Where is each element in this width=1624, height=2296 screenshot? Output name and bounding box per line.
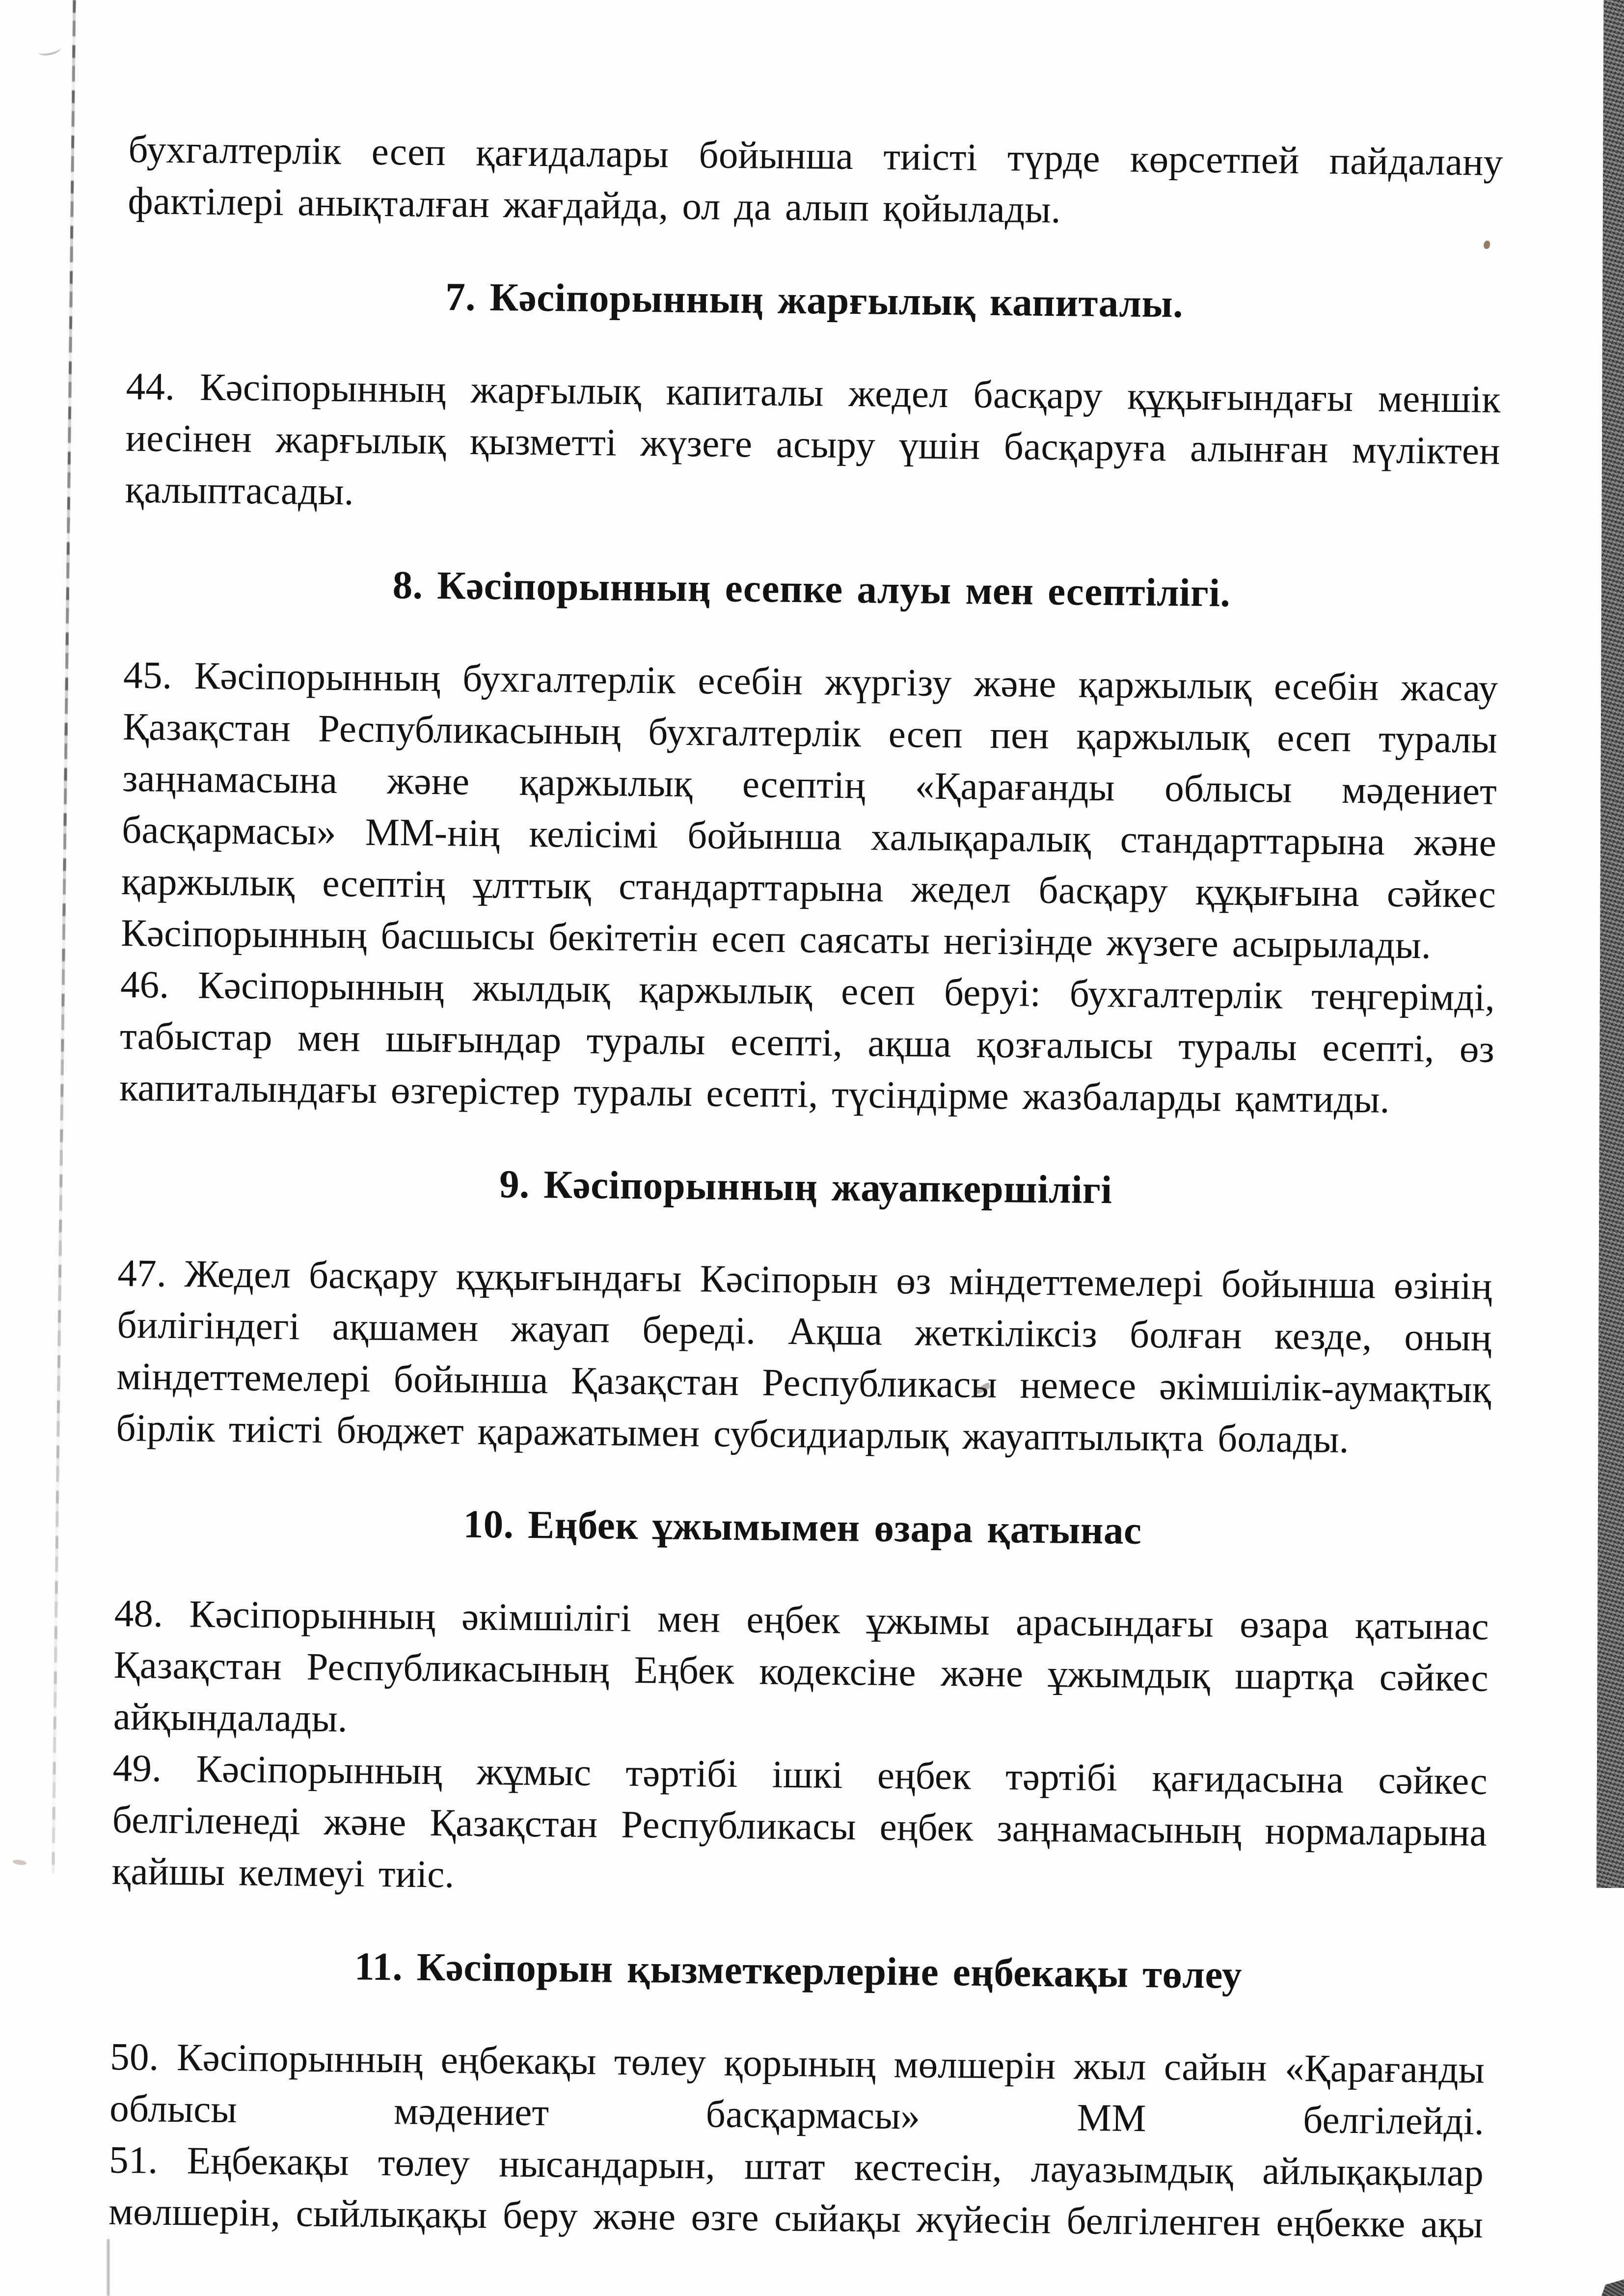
section-heading: 8. Кәсіпорынның есепке алуы мен есептілі… (124, 557, 1499, 622)
scan-corner-mark-bottom-right (1601, 2279, 1624, 2296)
body-paragraph: 49. Кәсіпорынның жұмыс тәртібі ішкі еңбе… (111, 1743, 1488, 1911)
body-paragraph: 44. Кәсіпорынның жарғылық капиталы жедел… (125, 361, 1501, 529)
document-content: бухгалтерлік есеп қағидалары бойынша тиі… (108, 124, 1503, 2251)
body-paragraph: 45. Кәсіпорынның бухгалтерлік есебін жүр… (121, 650, 1498, 972)
body-paragraph: 50. Кәсіпорынның еңбекақы төлеу қорының … (109, 2031, 1485, 2148)
scan-smudge-top-left (37, 43, 61, 57)
body-paragraph: 47. Жедел басқару құқығындағы Кәсіпорын … (116, 1248, 1492, 1467)
section-heading: 10. Еңбек ұжымымен өзара қатынас (115, 1495, 1490, 1560)
scan-edge-band-right (1597, 0, 1624, 1888)
scan-fold-line-left (52, 0, 76, 1873)
section-heading: 7. Кәсіпорынның жарғылық капиталы. (127, 268, 1502, 333)
section-heading: 11. Кәсіпорын қызметкерлеріне еңбекақы т… (111, 1939, 1486, 2003)
body-paragraph: 46. Кәсіпорынның жылдық қаржылық есеп бе… (119, 959, 1495, 1127)
document-page: бухгалтерлік есеп қағидалары бойынша тиі… (0, 0, 1624, 2296)
scan-fold-line-left-bottom (107, 2239, 109, 2296)
body-paragraph: бухгалтерлік есеп қағидалары бойынша тиі… (128, 124, 1503, 240)
scan-smudge-bottom-left (12, 1859, 27, 1866)
section-heading: 9. Кәсіпорынның жауапкершілігі (118, 1155, 1493, 1220)
body-paragraph: 48. Кәсіпорынның әкімшілігі мен еңбек ұж… (113, 1588, 1489, 1756)
body-paragraph: 51. Еңбекақы төлеу нысандарын, штат кест… (108, 2134, 1484, 2251)
